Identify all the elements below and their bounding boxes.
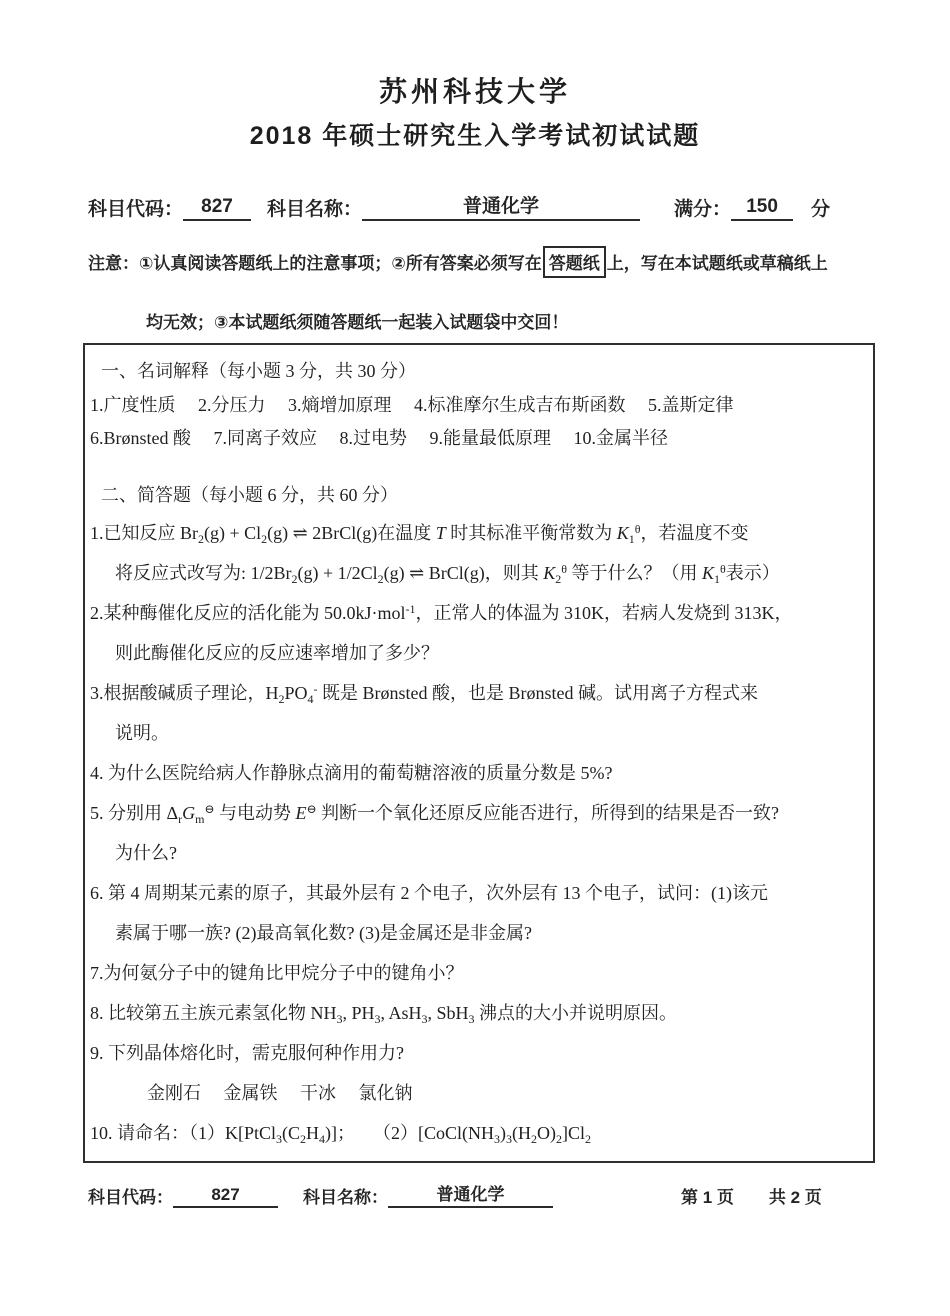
footer-row: 科目代码： 827 科目名称： 普通化学 第 1 页 共 2 页: [88, 1180, 878, 1208]
question-line: 2.某种酶催化反应的活化能为 50.0kJ·mol-1，正常人的体温为 310K…: [85, 593, 873, 633]
question-line: 5. 分别用 ΔrGm⊖ 与电动势 E⊖ 判断一个氧化还原反应能否进行，所得到的…: [85, 793, 873, 833]
notice-text-1a: ①认真阅读答题纸上的注意事项；②所有答案必须写在: [139, 254, 542, 273]
page-number-current: 第 1 页: [681, 1183, 734, 1208]
subject-code-value: 827: [183, 196, 251, 221]
footer-subject-code-label: 科目代码：: [88, 1183, 173, 1208]
subject-code-label: 科目代码：: [88, 194, 183, 221]
question-line: 一、名词解释（每小题 3 分，共 30 分）: [85, 353, 873, 389]
full-score-unit: 分: [811, 194, 830, 221]
question-line: 说明。: [85, 713, 873, 753]
question-line: 6. 第 4 周期某元素的原子，其最外层有 2 个电子，次外层有 13 个电子，…: [85, 873, 873, 913]
full-score-value: 150: [731, 196, 793, 221]
answer-sheet-boxed-term: 答题纸: [543, 246, 606, 278]
question-line: 二、简答题（每小题 6 分，共 60 分）: [85, 477, 873, 513]
question-line: 1.广度性质 2.分压力 3.熵增加原理 4.标准摩尔生成吉布斯函数 5.盖斯定…: [85, 389, 873, 422]
exam-title: 2018 年硕士研究生入学考试初试试题: [0, 116, 950, 152]
notice-label: 注意：: [88, 254, 139, 273]
subject-name-value: 普通化学: [362, 191, 640, 221]
question-line: 为什么?: [85, 833, 873, 873]
question-line-spacer: [85, 455, 873, 477]
notice-line-1: 注意：①认真阅读答题纸上的注意事项；②所有答案必须写在答题纸上，写在本试题纸或草…: [88, 246, 888, 278]
footer-subject-name-label: 科目名称：: [303, 1183, 388, 1208]
question-line: 金刚石 金属铁 干冰 氯化钠: [85, 1073, 873, 1113]
footer-subject-code-value: 827: [173, 1185, 278, 1208]
question-line: 素属于哪一族? (2)最高氧化数? (3)是金属还是非金属?: [85, 913, 873, 953]
notice-block: 注意：①认真阅读答题纸上的注意事项；②所有答案必须写在答题纸上，写在本试题纸或草…: [88, 246, 888, 333]
university-title: 苏州科技大学: [0, 70, 950, 110]
question-line: 则此酶催化反应的反应速率增加了多少？: [85, 633, 873, 673]
notice-text-1b: 上，写在本试题纸或草稿纸上: [607, 254, 828, 273]
question-line: 10. 请命名：（1）K[PtCl3(C2H4)]； （2）[CoCl(NH3)…: [85, 1113, 873, 1153]
question-line: 4. 为什么医院给病人作静脉点滴用的葡萄糖溶液的质量分数是 5%?: [85, 753, 873, 793]
question-line: 7.为何氨分子中的键角比甲烷分子中的键角小？: [85, 953, 873, 993]
footer-subject-name-value: 普通化学: [388, 1180, 553, 1208]
subject-meta-row: 科目代码： 827 科目名称： 普通化学 满分： 150 分: [88, 191, 878, 221]
subject-name-label: 科目名称：: [267, 194, 362, 221]
question-line: 9. 下列晶体熔化时，需克服何种作用力?: [85, 1033, 873, 1073]
notice-line-2: 均无效；③本试题纸须随答题纸一起装入试题袋中交回！: [146, 308, 888, 333]
question-line: 1.已知反应 Br2(g) + Cl2(g) ⇌ 2BrCl(g)在温度 T 时…: [85, 513, 873, 553]
question-line: 6.Brønsted 酸 7.同离子效应 8.过电势 9.能量最低原理 10.金…: [85, 422, 873, 455]
question-line: 8. 比较第五主族元素氢化物 NH3, PH3, AsH3, SbH3 沸点的大…: [85, 993, 873, 1033]
full-score-label: 满分：: [674, 194, 731, 221]
page-number-total: 共 2 页: [769, 1183, 822, 1208]
question-line: 3.根据酸碱质子理论，H2PO4- 既是 Brønsted 酸，也是 Brøns…: [85, 673, 873, 713]
question-box: 一、名词解释（每小题 3 分，共 30 分）1.广度性质 2.分压力 3.熵增加…: [83, 343, 875, 1163]
question-line: 将反应式改写为: 1/2Br2(g) + 1/2Cl2(g) ⇌ BrCl(g)…: [85, 553, 873, 593]
